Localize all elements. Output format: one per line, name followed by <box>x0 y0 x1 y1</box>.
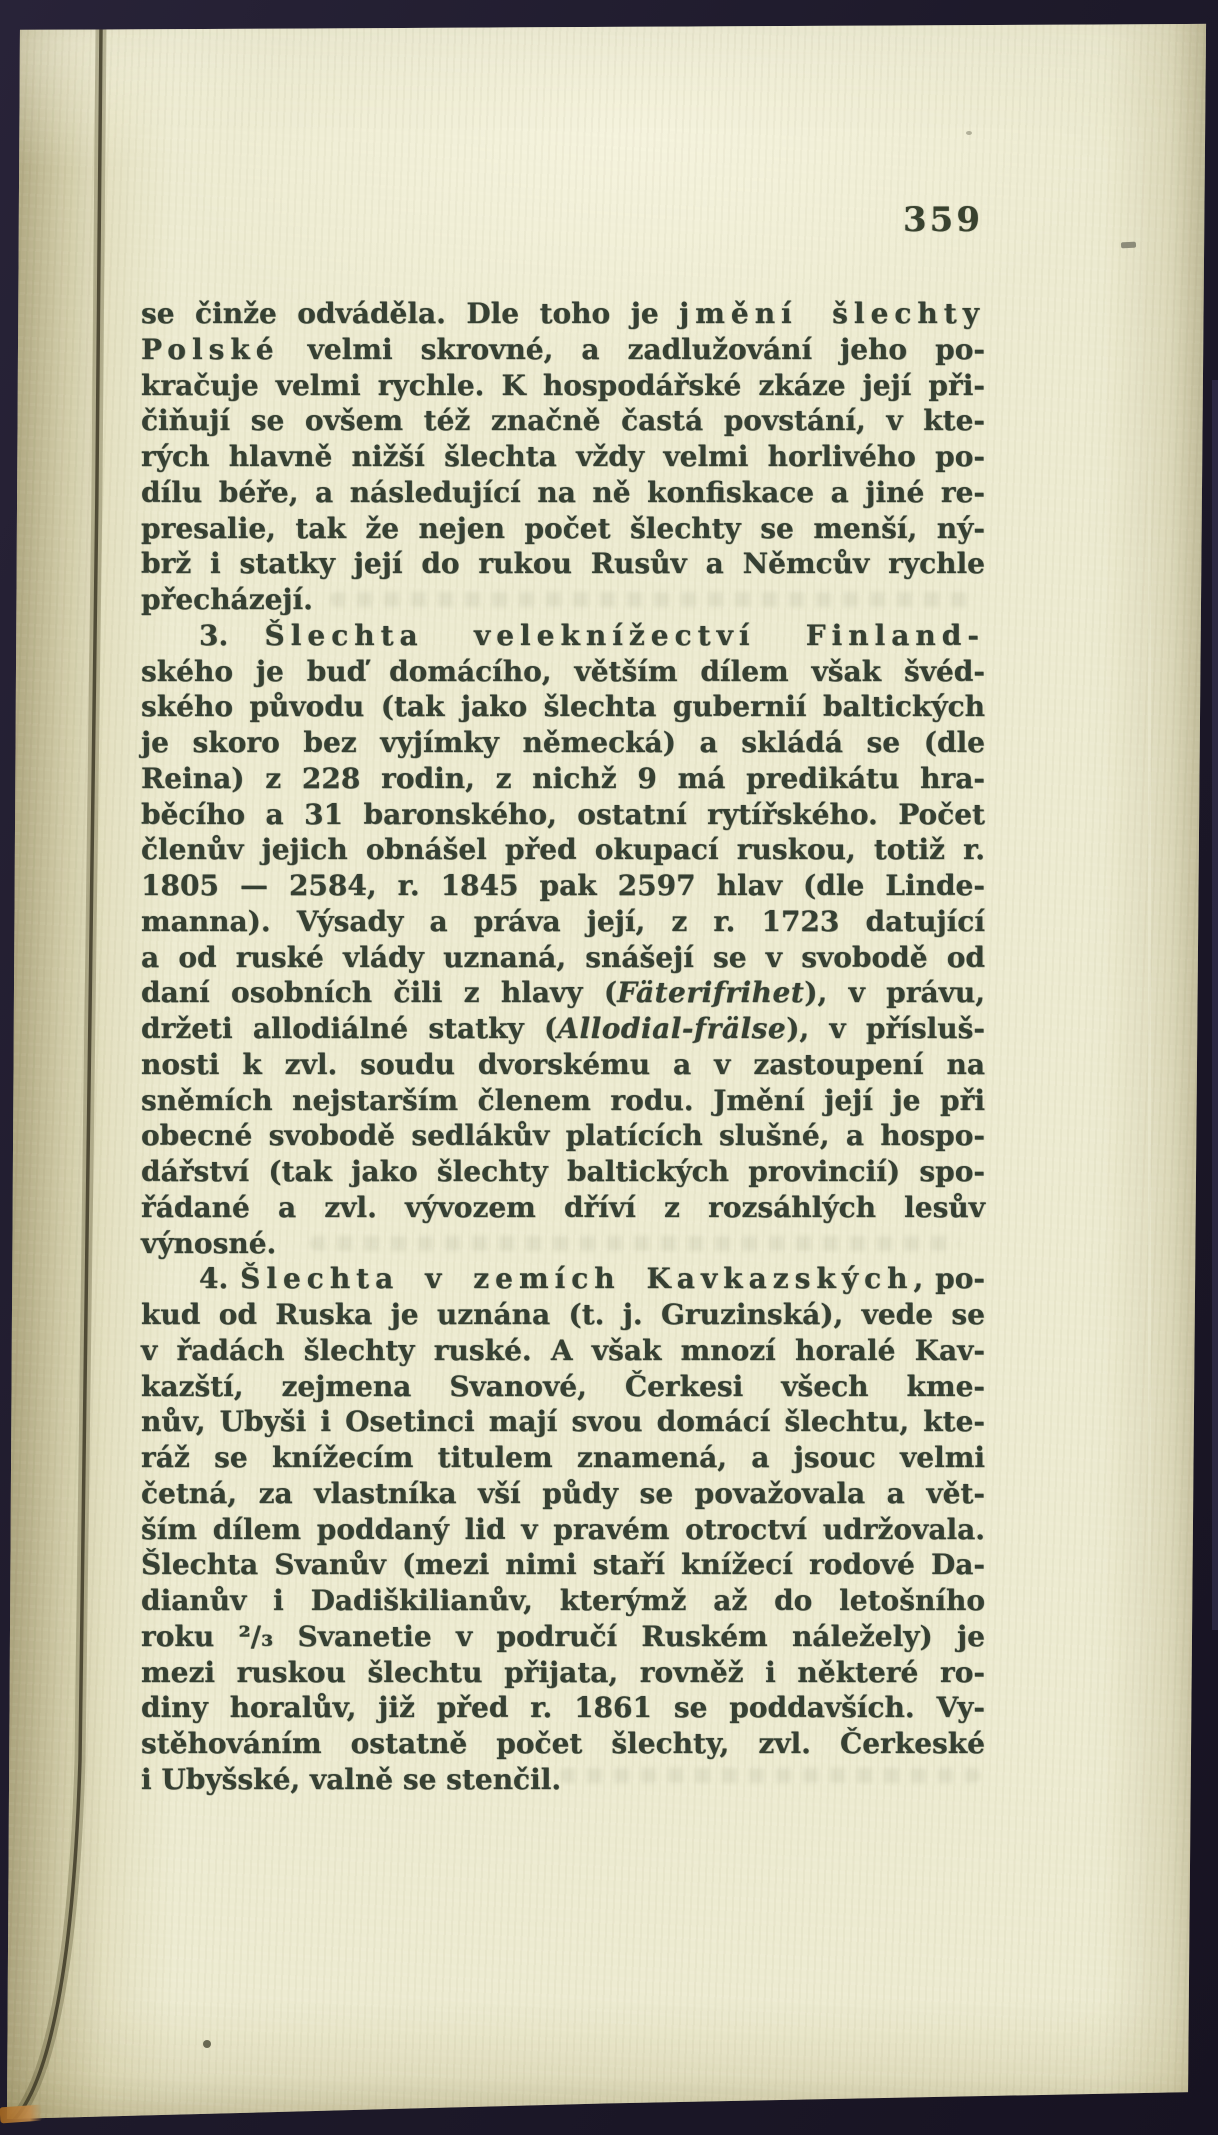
underlying-page-edge <box>0 2105 43 2124</box>
emphasized-text: jmění šlechty <box>679 297 985 330</box>
text-line: ráž se knížecím titulem znamená, a jsouc… <box>141 1440 985 1476</box>
body-text: nosti k zvl. soudu dvorskému a v zastoup… <box>141 1048 985 1081</box>
text-line: 4. Šlechta v zemích Kavkazských, po- <box>141 1261 985 1297</box>
text-line: v řadách šlechty ruské. A však mnozí hor… <box>141 1333 985 1369</box>
text-line: sněmích nejstarším členem rodu. Jmění je… <box>141 1083 985 1119</box>
body-text: kud od Ruska je uznána (t. j. Gruzinská)… <box>141 1298 985 1331</box>
body-text: kazští, zejmena Svanové, Čerkesi všech k… <box>141 1370 985 1403</box>
body-text: stěhováním ostatně počet šlechty, zvl. Č… <box>141 1727 985 1760</box>
body-text: je skoro bez vyjímky německá) a skládá s… <box>141 726 985 759</box>
body-text: kračuje velmi rychle. K hospodářské zkáz… <box>141 369 985 402</box>
body-text: ského původu (tak jako šlechta gubernií … <box>141 690 985 723</box>
text-line: a od ruské vlády uznaná, snášejí se v sv… <box>141 940 985 976</box>
body-text: presalie, tak že nejen počet šlechty se … <box>141 512 985 545</box>
text-line: presalie, tak že nejen počet šlechty se … <box>141 511 985 547</box>
text-line: dílu béře, a následující na ně konfiskac… <box>141 475 985 511</box>
text-line: rých hlavně nižší šlechta vždy velmi hor… <box>141 439 985 475</box>
body-text: , po- <box>914 1262 985 1295</box>
text-line: kazští, zejmena Svanové, Čerkesi všech k… <box>141 1369 985 1405</box>
body-text: nův, Ubyši i Osetinci mají svou domácí š… <box>141 1405 985 1438</box>
page-text: se činže odváděla. Dle toho je jmění šle… <box>141 296 985 1798</box>
body-text: řádané a zvl. vývozem dříví z rozsáhlých… <box>141 1191 985 1224</box>
body-text: 1805 — 2584, r. 1845 pak 2597 hlav (dle … <box>141 869 985 902</box>
foreign-term: Allodial-frälse <box>557 1012 786 1045</box>
foreign-term: Fäterifrihet <box>617 976 804 1009</box>
body-text: brž i statky její do rukou Rusův a Němců… <box>141 547 985 580</box>
text-line: daní osobních čili z hlavy (Fäterifrihet… <box>141 975 985 1011</box>
body-text: 4. <box>199 1262 240 1295</box>
body-text: dářství (tak jako šlechty baltických pro… <box>141 1155 985 1188</box>
body-text: manna). Výsady a práva její, z r. 1723 d… <box>141 905 985 938</box>
body-text: sněmích nejstarším členem rodu. Jmění je… <box>141 1084 985 1117</box>
text-line: řádané a zvl. vývozem dříví z rozsáhlých… <box>141 1190 985 1226</box>
text-line: Šlechta Svanův (mezi nimi staří knížecí … <box>141 1547 985 1583</box>
text-line: 1805 — 2584, r. 1845 pak 2597 hlav (dle … <box>141 868 985 904</box>
text-line: kračuje velmi rychle. K hospodářské zkáz… <box>141 368 985 404</box>
ink-smudge <box>966 131 972 135</box>
text-line: roku ²/₃ Svanetie v područí Ruském nálež… <box>141 1619 985 1655</box>
body-text: Reina) z 228 rodin, z nichž 9 má prediká… <box>141 762 985 795</box>
body-text: i Ubyšské, valně se stenčil. <box>141 1763 561 1796</box>
text-line: Polské velmi skrovné, a zadlužování jeho… <box>141 332 985 368</box>
body-text: a od ruské vlády uznaná, snášejí se v sv… <box>141 941 985 974</box>
ink-smudge <box>1121 242 1136 249</box>
emphasized-text: Polské <box>141 333 280 366</box>
body-text: v řadách šlechty ruské. A však mnozí hor… <box>141 1334 985 1367</box>
body-text: běcího a 31 baronského, ostatní rytířské… <box>141 798 985 831</box>
text-line: držeti allodiálné statky (Allodial-fräls… <box>141 1011 985 1047</box>
text-line: nosti k zvl. soudu dvorskému a v zastoup… <box>141 1047 985 1083</box>
text-line: výnosné. <box>141 1226 985 1262</box>
emphasized-text: Šlechta v zemích Kavkazských <box>240 1262 913 1295</box>
body-text: přecházejí. <box>141 583 313 616</box>
body-text: velmi skrovné, a zadlužování jeho po- <box>280 333 985 366</box>
text-line: i Ubyšské, valně se stenčil. <box>141 1762 985 1798</box>
body-text: diny horalův, již před r. 1861 se poddav… <box>141 1691 985 1724</box>
body-text: ráž se knížecím titulem znamená, a jsouc… <box>141 1441 985 1474</box>
text-line: Reina) z 228 rodin, z nichž 9 má prediká… <box>141 761 985 797</box>
text-line: brž i statky její do rukou Rusův a Němců… <box>141 546 985 582</box>
ink-smudge <box>203 2040 211 2048</box>
body-text: rých hlavně nižší šlechta vždy velmi hor… <box>141 440 985 473</box>
body-text: daní osobních čili z hlavy ( <box>141 976 617 1009</box>
page-number: 359 <box>903 200 983 240</box>
text-line: diny horalův, již před r. 1861 se poddav… <box>141 1690 985 1726</box>
text-line: ského původu (tak jako šlechta gubernií … <box>141 689 985 725</box>
body-text: členův jejich obnášel před okupací rusko… <box>141 833 985 866</box>
body-text: mezi ruskou šlechtu přijata, rovněž i ně… <box>141 1656 985 1689</box>
text-line: ším dílem poddaný lid v pravém otroctví … <box>141 1512 985 1548</box>
text-line: ského je buď domácího, větším dílem však… <box>141 654 985 690</box>
body-text: ), v právu, <box>804 976 985 1009</box>
text-line: čiňují se ovšem též značně častá povstán… <box>141 403 985 439</box>
body-text: držeti allodiálné statky ( <box>141 1012 557 1045</box>
text-line: přecházejí. <box>141 582 985 618</box>
text-line: členův jejich obnášel před okupací rusko… <box>141 832 985 868</box>
body-text: četná, za vlastníka vší půdy se považova… <box>141 1477 985 1510</box>
text-line: dianův i Dadiškilianův, kterýmž až do le… <box>141 1583 985 1619</box>
emphasized-text: Šlechta veleknížectví Finland- <box>265 619 985 652</box>
photo-edge-sliver <box>1212 380 1218 1630</box>
book-scan-photo: { "document": { "type": "scanned-book-pa… <box>0 0 1218 2135</box>
body-text: roku ²/₃ Svanetie v područí Ruském nálež… <box>141 1620 985 1653</box>
text-line: obecné svobodě sedlákův platících slušné… <box>141 1118 985 1154</box>
text-line: kud od Ruska je uznána (t. j. Gruzinská)… <box>141 1297 985 1333</box>
text-line: se činže odváděla. Dle toho je jmění šle… <box>141 296 985 332</box>
body-text: ším dílem poddaný lid v pravém otroctví … <box>141 1513 985 1546</box>
body-text: ), v přísluš- <box>786 1012 985 1045</box>
body-text: obecné svobodě sedlákův platících slušné… <box>141 1119 985 1152</box>
body-text: výnosné. <box>141 1227 276 1260</box>
body-text: 3. <box>199 619 265 652</box>
paper-crease <box>1148 290 1151 1810</box>
body-text: ského je buď domácího, větším dílem však… <box>141 655 985 688</box>
body-text: dílu béře, a následující na ně konfiskac… <box>141 476 985 509</box>
text-line: 3. Šlechta veleknížectví Finland- <box>141 618 985 654</box>
text-line: je skoro bez vyjímky německá) a skládá s… <box>141 725 985 761</box>
text-line: manna). Výsady a práva její, z r. 1723 d… <box>141 904 985 940</box>
text-line: nův, Ubyši i Osetinci mají svou domácí š… <box>141 1404 985 1440</box>
text-line: běcího a 31 baronského, ostatní rytířské… <box>141 797 985 833</box>
book-page: 359 se činže odváděla. Dle toho je jmění… <box>0 0 1218 2135</box>
body-text: dianův i Dadiškilianův, kterýmž až do le… <box>141 1584 985 1617</box>
body-text: se činže odváděla. Dle toho je <box>141 297 679 330</box>
text-line: mezi ruskou šlechtu přijata, rovněž i ně… <box>141 1655 985 1691</box>
text-line: dářství (tak jako šlechty baltických pro… <box>141 1154 985 1190</box>
body-text: Šlechta Svanův (mezi nimi staří knížecí … <box>141 1548 985 1581</box>
text-line: stěhováním ostatně počet šlechty, zvl. Č… <box>141 1726 985 1762</box>
text-line: četná, za vlastníka vší půdy se považova… <box>141 1476 985 1512</box>
body-text: čiňují se ovšem též značně častá povstán… <box>141 404 985 437</box>
